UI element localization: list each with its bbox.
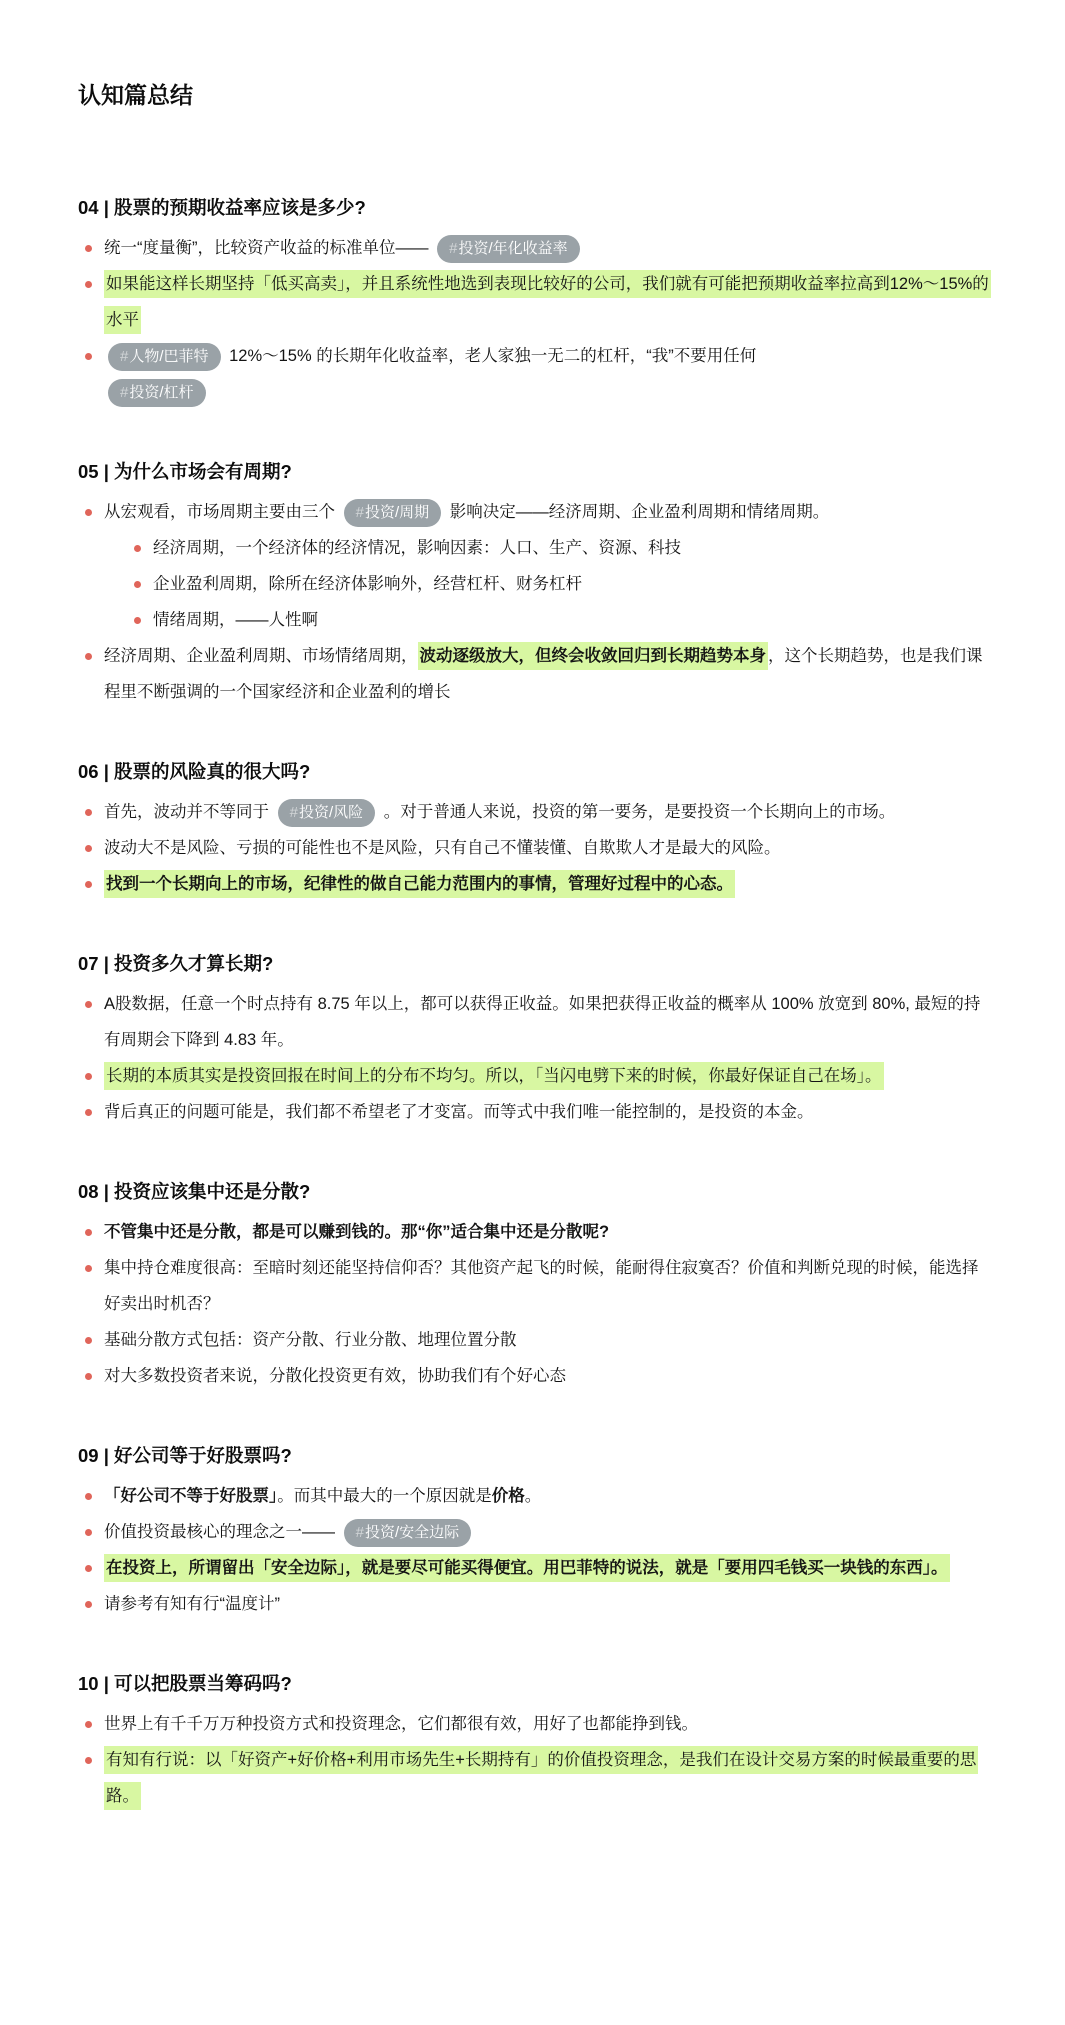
tag-pill[interactable]: #投资/杠杆 (108, 379, 206, 407)
list-item-content: 找到一个长期向上的市场，纪律性的做自己能力范围内的事情，管理好过程中的心态。 (104, 866, 993, 902)
bullet-gutter (78, 1514, 104, 1550)
section-04: 04 | 股票的预期收益率应该是多少? 统一“度量衡”，比较资产收益的标准单位—… (78, 190, 993, 410)
bullet-dot-icon (85, 1109, 92, 1116)
note-page: 认知篇总结 04 | 股票的预期收益率应该是多少? 统一“度量衡”，比较资产收益… (0, 0, 1065, 1874)
text-run: 集中持仓难度很高：至暗时刻还能坚持信仰否？其他资产起飞的时候，能耐得住寂寞否？价… (104, 1259, 979, 1313)
list-item: 经济周期、企业盈利周期、市场情绪周期，波动逐级放大，但终会收敛回归到长期趋势本身… (78, 638, 993, 710)
page-title: 认知篇总结 (78, 80, 993, 110)
text-run: 企业盈利周期，除所在经济体影响外，经营杠杆、财务杠杆 (153, 575, 582, 593)
text-run: A股数据，任意一个时点持有 8.75 年以上，都可以获得正收益。如果把获得正收益… (104, 995, 980, 1049)
bullet-gutter (78, 1322, 104, 1358)
list-item-content: 首先，波动并不等同于 #投资/风险 。对于普通人来说，投资的第一要务，是要投资一… (104, 794, 993, 830)
list-item: 基础分散方式包括：资产分散、行业分散、地理位置分散 (78, 1322, 993, 1358)
list-item-content: 集中持仓难度很高：至暗时刻还能坚持信仰否？其他资产起飞的时候，能耐得住寂寞否？价… (104, 1250, 993, 1322)
bullet-dot-icon (85, 1073, 92, 1080)
list-item-content: 请参考有知有行“温度计” (104, 1586, 993, 1622)
list-item: 价值投资最核心的理念之一—— #投资/安全边际 (78, 1514, 993, 1550)
text-run: 经济周期、企业盈利周期、市场情绪周期， (104, 647, 418, 665)
bullet-gutter (78, 794, 104, 830)
list-item-content: 有知有行说：以「好资产+好价格+利用市场先生+长期持有」的价值投资理念，是我们在… (104, 1742, 993, 1814)
bullet-dot-icon (85, 1721, 92, 1728)
text-run: 请参考有知有行“温度计” (104, 1595, 280, 1613)
text-run: 有知有行说：以「好资产+好价格+利用市场先生+长期持有」的价值投资理念，是我们在… (104, 1746, 978, 1810)
section-items: 从宏观看，市场周期主要由三个 #投资/周期 影响决定——经济周期、企业盈利周期和… (78, 494, 993, 710)
list-item: 长期的本质其实是投资回报在时间上的分布不均匀。所以，「当闪电劈下来的时候，你最好… (78, 1058, 993, 1094)
list-item: 「好公司不等于好股票」。而其中最大的一个原因就是价格。 (78, 1478, 993, 1514)
bullet-dot-icon (85, 1601, 92, 1608)
list-item-content: 经济周期，一个经济体的经济情况，影响因素：人口、生产、资源、科技 (153, 530, 993, 566)
list-item: #人物/巴菲特 12%～15% 的长期年化收益率，老人家独一无二的杠杆，“我”不… (78, 338, 993, 410)
bullet-gutter (78, 1742, 104, 1814)
list-item: 情绪周期，——人性啊 (127, 602, 993, 638)
section-08: 08 | 投资应该集中还是分散? 不管集中还是分散，都是可以赚到钱的。那“你”适… (78, 1174, 993, 1394)
tag-pill[interactable]: #投资/风险 (278, 799, 376, 827)
bullet-dot-icon (85, 881, 92, 888)
section-items: 「好公司不等于好股票」。而其中最大的一个原因就是价格。 价值投资最核心的理念之一… (78, 1478, 993, 1622)
list-item: 背后真正的问题可能是，我们都不希望老了才变富。而等式中我们唯一能控制的，是投资的… (78, 1094, 993, 1130)
list-item-content: 价值投资最核心的理念之一—— #投资/安全边际 (104, 1514, 993, 1550)
tag-label: 投资/杠杆 (129, 384, 193, 401)
tag-label: 人物/巴菲特 (129, 348, 208, 365)
bullet-dot-icon (134, 545, 141, 552)
hash-icon: # (120, 384, 128, 401)
text-run: 价格 (492, 1487, 525, 1505)
text-run: 波动逐级放大，但终会收敛回归到长期趋势本身 (418, 642, 769, 670)
section-heading: 08 | 投资应该集中还是分散? (78, 1174, 993, 1210)
list-item-content: 对大多数投资者来说，分散化投资更有效，协助我们有个好心态 (104, 1358, 993, 1394)
bullet-gutter (78, 494, 104, 530)
section-05: 05 | 为什么市场会有周期? 从宏观看，市场周期主要由三个 #投资/周期 影响… (78, 454, 993, 710)
list-item: A股数据，任意一个时点持有 8.75 年以上，都可以获得正收益。如果把获得正收益… (78, 986, 993, 1058)
list-item-content: 经济周期、企业盈利周期、市场情绪周期，波动逐级放大，但终会收敛回归到长期趋势本身… (104, 638, 993, 710)
bullet-dot-icon (85, 1493, 92, 1500)
tag-label: 投资/安全边际 (365, 1524, 459, 1541)
bullet-dot-icon (85, 281, 92, 288)
list-item: 对大多数投资者来说，分散化投资更有效，协助我们有个好心态 (78, 1358, 993, 1394)
bullet-gutter (78, 830, 104, 866)
text-run: 12%～15% 的长期年化收益率，老人家独一无二的杠杆，“我”不要用任何 (229, 347, 756, 365)
tag-pill[interactable]: #投资/年化收益率 (437, 235, 580, 263)
tag-label: 投资/周期 (365, 504, 429, 521)
text-run: 首先，波动并不等同于 (104, 803, 269, 821)
section-heading: 07 | 投资多久才算长期? (78, 946, 993, 982)
list-item-content: 企业盈利周期，除所在经济体影响外，经营杠杆、财务杠杆 (153, 566, 993, 602)
section-heading: 06 | 股票的风险真的很大吗? (78, 754, 993, 790)
bullet-dot-icon (85, 353, 92, 360)
bullet-gutter (78, 1706, 104, 1742)
list-item-content: #人物/巴菲特 12%～15% 的长期年化收益率，老人家独一无二的杠杆，“我”不… (104, 338, 993, 410)
bullet-dot-icon (85, 1001, 92, 1008)
list-item: 经济周期，一个经济体的经济情况，影响因素：人口、生产、资源、科技 (127, 530, 993, 566)
bullet-gutter (78, 266, 104, 338)
hash-icon: # (356, 504, 364, 521)
bullet-gutter (78, 230, 104, 266)
bullet-gutter (127, 566, 153, 602)
bullet-gutter (78, 338, 104, 410)
bullet-dot-icon (85, 509, 92, 516)
list-item-content: 情绪周期，——人性啊 (153, 602, 993, 638)
hash-icon: # (290, 804, 298, 821)
bullet-dot-icon (134, 617, 141, 624)
list-item-content: 世界上有千千万万种投资方式和投资理念，它们都很有效，用好了也都能挣到钱。 (104, 1706, 993, 1742)
list-item-content: 如果能这样长期坚持「低买高卖」，并且系统性地选到表现比较好的公司，我们就有可能把… (104, 266, 993, 338)
bullet-gutter (78, 1478, 104, 1514)
list-item: 从宏观看，市场周期主要由三个 #投资/周期 影响决定——经济周期、企业盈利周期和… (78, 494, 993, 530)
section-heading: 10 | 可以把股票当筹码吗? (78, 1666, 993, 1702)
list-item-content: 在投资上，所谓留出「安全边际」，就是要尽可能买得便宜。用巴菲特的说法，就是「要用… (104, 1550, 993, 1586)
text-run: 。而其中最大的一个原因就是 (277, 1487, 492, 1505)
list-item: 企业盈利周期，除所在经济体影响外，经营杠杆、财务杠杆 (127, 566, 993, 602)
bullet-dot-icon (85, 1229, 92, 1236)
list-item: 波动大不是风险、亏损的可能性也不是风险，只有自己不懂装懂、自欺欺人才是最大的风险… (78, 830, 993, 866)
section-09: 09 | 好公司等于好股票吗? 「好公司不等于好股票」。而其中最大的一个原因就是… (78, 1438, 993, 1622)
section-items: 不管集中还是分散，都是可以赚到钱的。那“你”适合集中还是分散呢? 集中持仓难度很… (78, 1214, 993, 1394)
text-run: 在投资上，所谓留出「安全边际」，就是要尽可能买得便宜。用巴菲特的说法，就是「要用… (104, 1554, 950, 1582)
text-run: 长期的本质其实是投资回报在时间上的分布不均匀。所以，「当闪电劈下来的时候，你最好… (104, 1062, 884, 1090)
tag-pill[interactable]: #人物/巴菲特 (108, 343, 221, 371)
list-item-content: 基础分散方式包括：资产分散、行业分散、地理位置分散 (104, 1322, 993, 1358)
bullet-gutter (78, 638, 104, 710)
document-page: { "page": { "title": "认知篇总结" }, "colors"… (0, 0, 1065, 2025)
hash-icon: # (449, 240, 457, 257)
bullet-dot-icon (85, 1373, 92, 1380)
list-item-content: A股数据，任意一个时点持有 8.75 年以上，都可以获得正收益。如果把获得正收益… (104, 986, 993, 1058)
section-07: 07 | 投资多久才算长期? A股数据，任意一个时点持有 8.75 年以上，都可… (78, 946, 993, 1130)
bullet-dot-icon (85, 1757, 92, 1764)
text-run: 经济周期，一个经济体的经济情况，影响因素：人口、生产、资源、科技 (153, 539, 681, 557)
hash-icon: # (120, 348, 128, 365)
bullet-gutter (78, 1358, 104, 1394)
text-run: 不管集中还是分散，都是可以赚到钱的。那“你”适合集中还是分散呢? (104, 1223, 609, 1241)
bullet-gutter (127, 530, 153, 566)
section-heading: 09 | 好公司等于好股票吗? (78, 1438, 993, 1474)
text-run: 「好公司不等于好股票」 (104, 1487, 277, 1505)
sections-container: 04 | 股票的预期收益率应该是多少? 统一“度量衡”，比较资产收益的标准单位—… (78, 190, 993, 1814)
list-item: 世界上有千千万万种投资方式和投资理念，它们都很有效，用好了也都能挣到钱。 (78, 1706, 993, 1742)
list-item-content: 波动大不是风险、亏损的可能性也不是风险，只有自己不懂装懂、自欺欺人才是最大的风险… (104, 830, 993, 866)
list-item-content: 不管集中还是分散，都是可以赚到钱的。那“你”适合集中还是分散呢? (104, 1214, 993, 1250)
bullet-dot-icon (85, 653, 92, 660)
text-run: 基础分散方式包括：资产分散、行业分散、地理位置分散 (104, 1331, 517, 1349)
bullet-gutter (78, 1058, 104, 1094)
bullet-gutter (78, 1250, 104, 1322)
list-item-content: 统一“度量衡”，比较资产收益的标准单位—— #投资/年化收益率 (104, 230, 993, 266)
bullet-gutter (78, 866, 104, 902)
tag-label: 投资/年化收益率 (458, 240, 567, 257)
bullet-gutter (78, 1094, 104, 1130)
section-items: 首先，波动并不等同于 #投资/风险 。对于普通人来说，投资的第一要务，是要投资一… (78, 794, 993, 902)
text-run: 背后真正的问题可能是，我们都不希望老了才变富。而等式中我们唯一能控制的，是投资的… (104, 1103, 814, 1121)
bullet-dot-icon (85, 1337, 92, 1344)
bullet-dot-icon (85, 1265, 92, 1272)
list-item: 找到一个长期向上的市场，纪律性的做自己能力范围内的事情，管理好过程中的心态。 (78, 866, 993, 902)
text-run: 找到一个长期向上的市场，纪律性的做自己能力范围内的事情，管理好过程中的心态。 (104, 870, 735, 898)
text-run: 影响决定——经济周期、企业盈利周期和情绪周期。 (450, 503, 830, 521)
bullet-dot-icon (134, 581, 141, 588)
list-item: 集中持仓难度很高：至暗时刻还能坚持信仰否？其他资产起飞的时候，能耐得住寂寞否？价… (78, 1250, 993, 1322)
bullet-dot-icon (85, 1529, 92, 1536)
bullet-dot-icon (85, 245, 92, 252)
list-item: 有知有行说：以「好资产+好价格+利用市场先生+长期持有」的价值投资理念，是我们在… (78, 1742, 993, 1814)
list-item: 统一“度量衡”，比较资产收益的标准单位—— #投资/年化收益率 (78, 230, 993, 266)
bullet-dot-icon (85, 845, 92, 852)
text-run: 对大多数投资者来说，分散化投资更有效，协助我们有个好心态 (104, 1367, 566, 1385)
section-heading: 05 | 为什么市场会有周期? (78, 454, 993, 490)
list-item: 在投资上，所谓留出「安全边际」，就是要尽可能买得便宜。用巴菲特的说法，就是「要用… (78, 1550, 993, 1586)
text-run: 统一“度量衡”，比较资产收益的标准单位—— (104, 239, 429, 257)
bullet-dot-icon (85, 809, 92, 816)
list-item-content: 长期的本质其实是投资回报在时间上的分布不均匀。所以，「当闪电劈下来的时候，你最好… (104, 1058, 993, 1094)
list-item-content: 「好公司不等于好股票」。而其中最大的一个原因就是价格。 (104, 1478, 993, 1514)
bullet-gutter (78, 1214, 104, 1250)
section-items: 世界上有千千万万种投资方式和投资理念，它们都很有效，用好了也都能挣到钱。 有知有… (78, 1706, 993, 1814)
tag-pill[interactable]: #投资/安全边际 (344, 1519, 472, 1547)
text-run: 。对于普通人来说，投资的第一要务，是要投资一个长期向上的市场。 (384, 803, 896, 821)
text-run: 波动大不是风险、亏损的可能性也不是风险，只有自己不懂装懂、自欺欺人才是最大的风险… (104, 839, 781, 857)
bullet-dot-icon (85, 1565, 92, 1572)
text-run: 价值投资最核心的理念之一—— (104, 1523, 335, 1541)
bullet-gutter (78, 1550, 104, 1586)
list-item: 请参考有知有行“温度计” (78, 1586, 993, 1622)
list-item: 不管集中还是分散，都是可以赚到钱的。那“你”适合集中还是分散呢? (78, 1214, 993, 1250)
bullet-gutter (78, 1586, 104, 1622)
list-item: 首先，波动并不等同于 #投资/风险 。对于普通人来说，投资的第一要务，是要投资一… (78, 794, 993, 830)
text-run: 情绪周期，——人性啊 (153, 611, 318, 629)
list-item: 如果能这样长期坚持「低买高卖」，并且系统性地选到表现比较好的公司，我们就有可能把… (78, 266, 993, 338)
section-heading: 04 | 股票的预期收益率应该是多少? (78, 190, 993, 226)
text-run: 如果能这样长期坚持「低买高卖」，并且系统性地选到表现比较好的公司，我们就有可能把… (104, 270, 991, 334)
section-06: 06 | 股票的风险真的很大吗? 首先，波动并不等同于 #投资/风险 。对于普通… (78, 754, 993, 902)
text-run: 。 (525, 1487, 542, 1505)
bullet-gutter (127, 602, 153, 638)
list-item-content: 背后真正的问题可能是，我们都不希望老了才变富。而等式中我们唯一能控制的，是投资的… (104, 1094, 993, 1130)
tag-pill[interactable]: #投资/周期 (344, 499, 442, 527)
section-items: 统一“度量衡”，比较资产收益的标准单位—— #投资/年化收益率 如果能这样长期坚… (78, 230, 993, 410)
section-items: A股数据，任意一个时点持有 8.75 年以上，都可以获得正收益。如果把获得正收益… (78, 986, 993, 1130)
text-run: 从宏观看，市场周期主要由三个 (104, 503, 335, 521)
list-item-content: 从宏观看，市场周期主要由三个 #投资/周期 影响决定——经济周期、企业盈利周期和… (104, 494, 993, 530)
tag-label: 投资/风险 (299, 804, 363, 821)
section-10: 10 | 可以把股票当筹码吗? 世界上有千千万万种投资方式和投资理念，它们都很有… (78, 1666, 993, 1814)
bullet-gutter (78, 986, 104, 1058)
text-run: 世界上有千千万万种投资方式和投资理念，它们都很有效，用好了也都能挣到钱。 (104, 1715, 698, 1733)
hash-icon: # (356, 1524, 364, 1541)
